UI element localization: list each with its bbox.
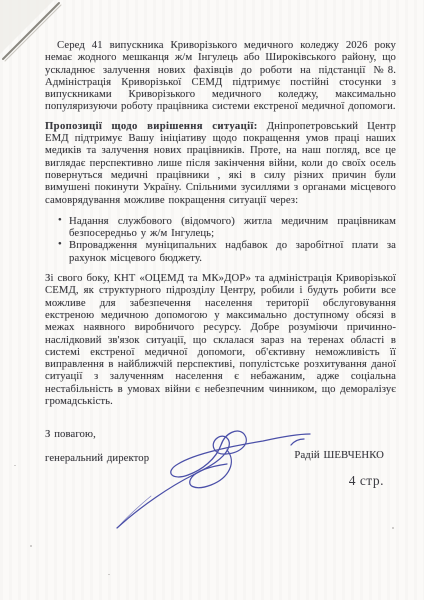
bullet-icon: • [58, 238, 62, 250]
scanned-letter-page: Серед 41 випускника Криворізького медичн… [0, 0, 424, 600]
signer-title: генеральний директор [45, 452, 149, 464]
list-item: • Впровадження муніципальних надбавок до… [58, 239, 396, 264]
signer-name: Радій ШЕВЧЕНКО [294, 449, 396, 461]
paragraph-proposals: Пропозиції щодо вирішення ситуації: Дніп… [45, 120, 396, 206]
signer-row: генеральний директор Радій ШЕВЧЕНКО [45, 452, 396, 464]
scan-speck [392, 527, 394, 529]
proposals-heading: Пропозиції щодо вирішення ситуації: [45, 120, 258, 132]
proposals-bullet-list: • Надання службового (відомчого) житла м… [58, 215, 396, 264]
proposals-body: Дніпропетровський Центр ЕМД підтримує Ва… [45, 120, 396, 206]
list-item: • Надання службового (відомчого) житла м… [58, 215, 396, 240]
page-number: 4 стр. [45, 473, 396, 489]
paragraph-intro: Серед 41 випускника Криворізького медичн… [45, 39, 396, 113]
closing-block: З повагою, генеральний директор Радій ШЕ… [45, 428, 396, 568]
scan-speck [108, 574, 110, 575]
bullet-text: Надання службового (відомчого) житла мед… [69, 215, 396, 239]
paragraph-conclusion: Зі свого боку, КНТ «ОЦЕМД та МК»ДОР» та … [45, 272, 396, 407]
salutation: З повагою, [45, 428, 396, 440]
bullet-text: Впровадження муніципальних надбавок до з… [69, 239, 396, 263]
bullet-icon: • [58, 214, 62, 226]
scan-speck [30, 545, 32, 547]
scan-speck [14, 465, 16, 466]
